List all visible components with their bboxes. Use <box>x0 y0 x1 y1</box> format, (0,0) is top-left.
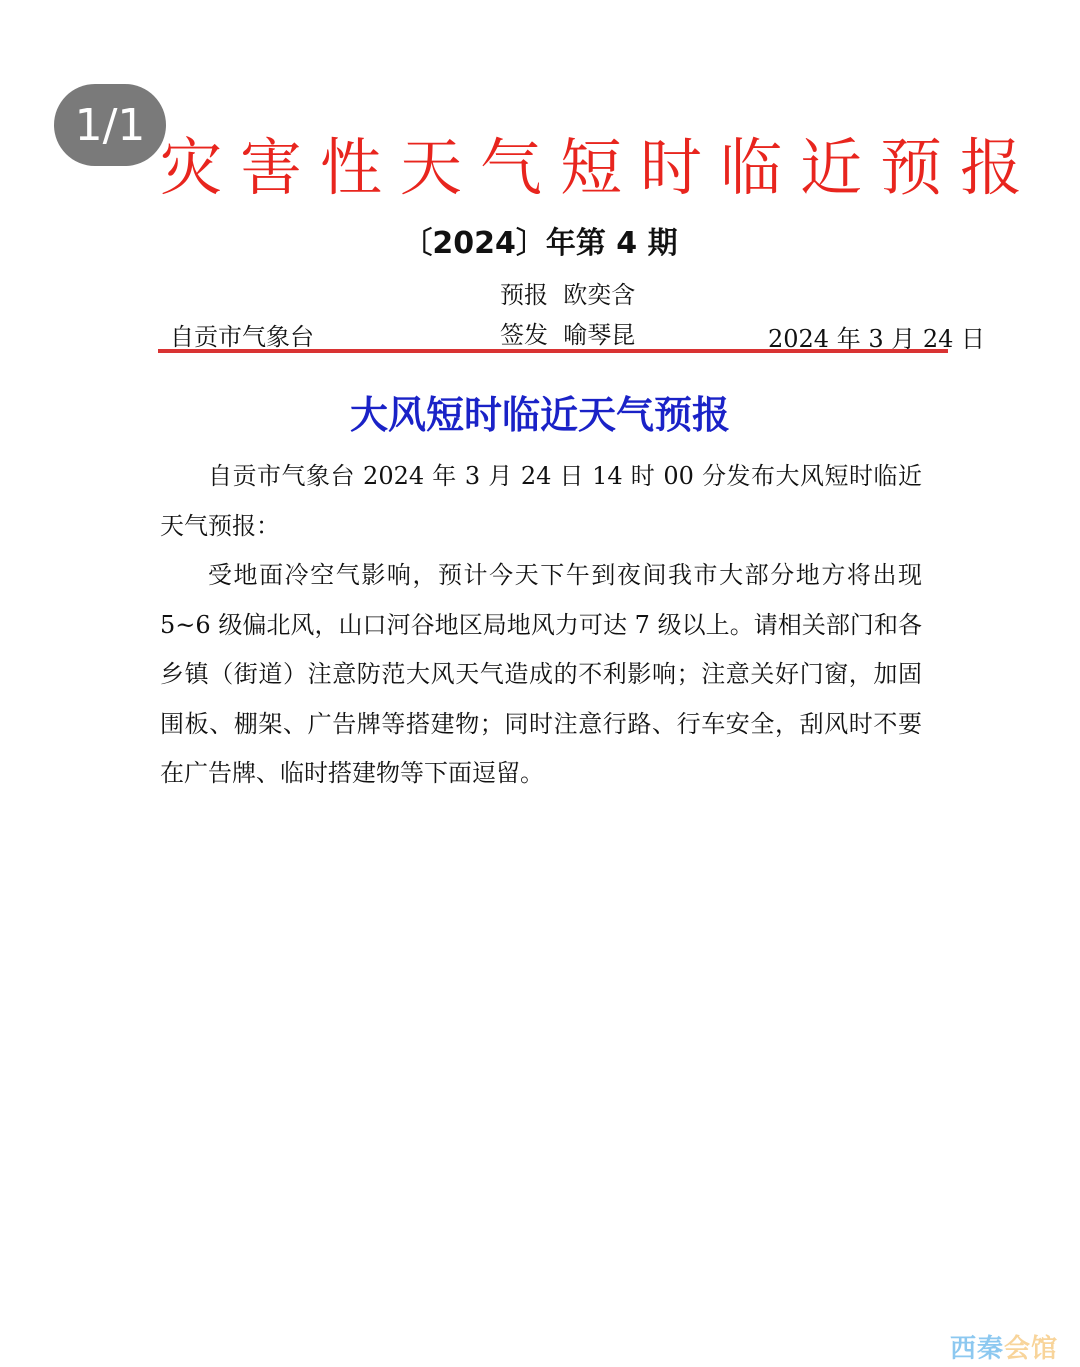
forecaster-line: 预报 欧奕含 <box>500 278 635 312</box>
issuer-line: 签发 喻琴昆 <box>500 318 635 352</box>
page-indicator-badge: 1/1 <box>54 84 166 166</box>
issuer-name: 喻琴昆 <box>563 321 635 349</box>
header-divider <box>158 349 948 353</box>
watermark-part1: 西秦 <box>950 1334 1004 1364</box>
forecaster-name: 欧奕含 <box>563 281 635 309</box>
watermark-part2: 会馆 <box>1004 1334 1058 1364</box>
forecast-body: 自贡市气象台 2024 年 3 月 24 日 14 时 00 分发布大风短时临近… <box>160 452 922 799</box>
forecaster-label: 预报 <box>500 281 548 309</box>
document-title: 灾害性天气短时临近预报 <box>160 128 930 208</box>
forecast-headline: 大风短时临近天气预报 <box>0 388 1080 442</box>
issuer-label: 签发 <box>500 321 548 349</box>
issue-number: 〔2024〕年第 4 期 <box>0 222 1080 266</box>
site-watermark: 西秦会馆 <box>950 1328 1058 1365</box>
body-paragraph: 自贡市气象台 2024 年 3 月 24 日 14 时 00 分发布大风短时临近… <box>160 452 922 551</box>
body-paragraph: 受地面冷空气影响，预计今天下午到夜间我市大部分地方将出现 5~6 级偏北风，山口… <box>160 551 922 799</box>
